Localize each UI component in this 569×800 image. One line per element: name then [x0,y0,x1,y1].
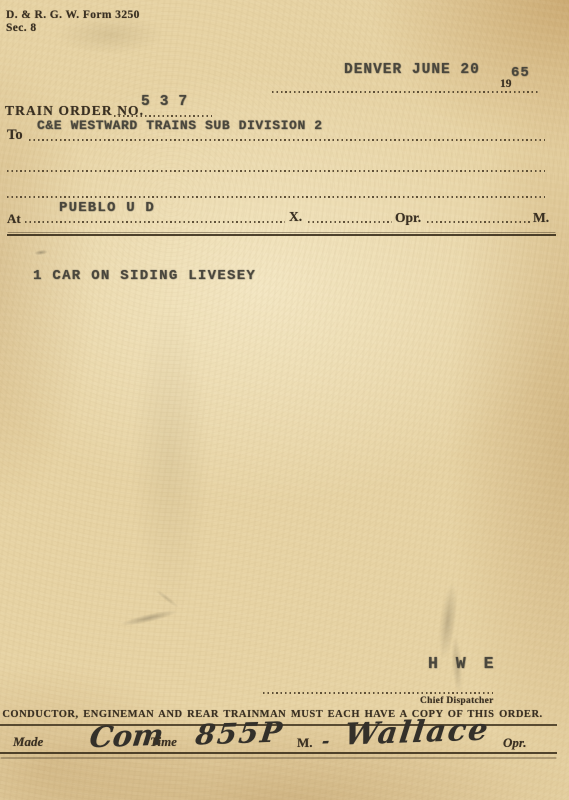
typed-place-date: DENVER JUNE 20 [344,62,480,78]
paper-stain [120,608,178,629]
at-fill-line [25,221,285,223]
date-fill-line [272,91,540,93]
meridiem-label: M. [297,735,313,751]
paper-stain [154,587,181,609]
chief-dispatcher-label: Chief Dispatcher [420,696,494,706]
to-label: To [7,127,23,144]
opr-footer-label: Opr. [503,735,526,751]
paper-stain [55,15,165,55]
blank-fill-line [7,170,545,172]
paper-stain [130,300,210,620]
to-fill-line [29,139,545,141]
time-label: Time [150,734,177,750]
x-label: X. [289,209,302,225]
operator-signature: Wallace [342,712,491,752]
paper-stain [435,581,460,660]
at-fill-line [427,221,531,223]
typed-dispatcher-initials: H W E [428,654,498,673]
divider-rule [7,234,556,236]
chief-dispatcher-line [263,692,493,694]
time-entry-handwritten: 855P [194,715,286,751]
form-section-label: Sec. 8 [6,22,37,34]
order-number-fill-line [114,115,212,117]
year-prefix-label: 19 [500,78,512,90]
typed-order-number: 537 [141,94,197,110]
pen-mark: - [321,731,331,752]
typed-addressee: C&E WESTWARD TRAINS SUB DIVISION 2 [37,118,323,133]
typed-station: PUEBLO U D [59,200,155,216]
footer-rule-bottom [0,752,557,754]
blank-fill-line [7,196,545,198]
opr-label: Opr. [395,210,421,226]
at-fill-line [308,221,392,223]
order-body-text: 1 CAR ON SIDING LIVESEY [33,268,256,284]
m-label: M. [533,210,549,226]
at-label: At [7,211,21,227]
paper-stain [34,249,49,256]
train-order-form: D. & R. G. W. Form 3250 Sec. 8 DENVER JU… [0,0,569,800]
made-label: Made [13,734,43,750]
form-number: D. & R. G. W. Form 3250 [6,9,140,21]
typed-year: 65 [511,65,530,81]
